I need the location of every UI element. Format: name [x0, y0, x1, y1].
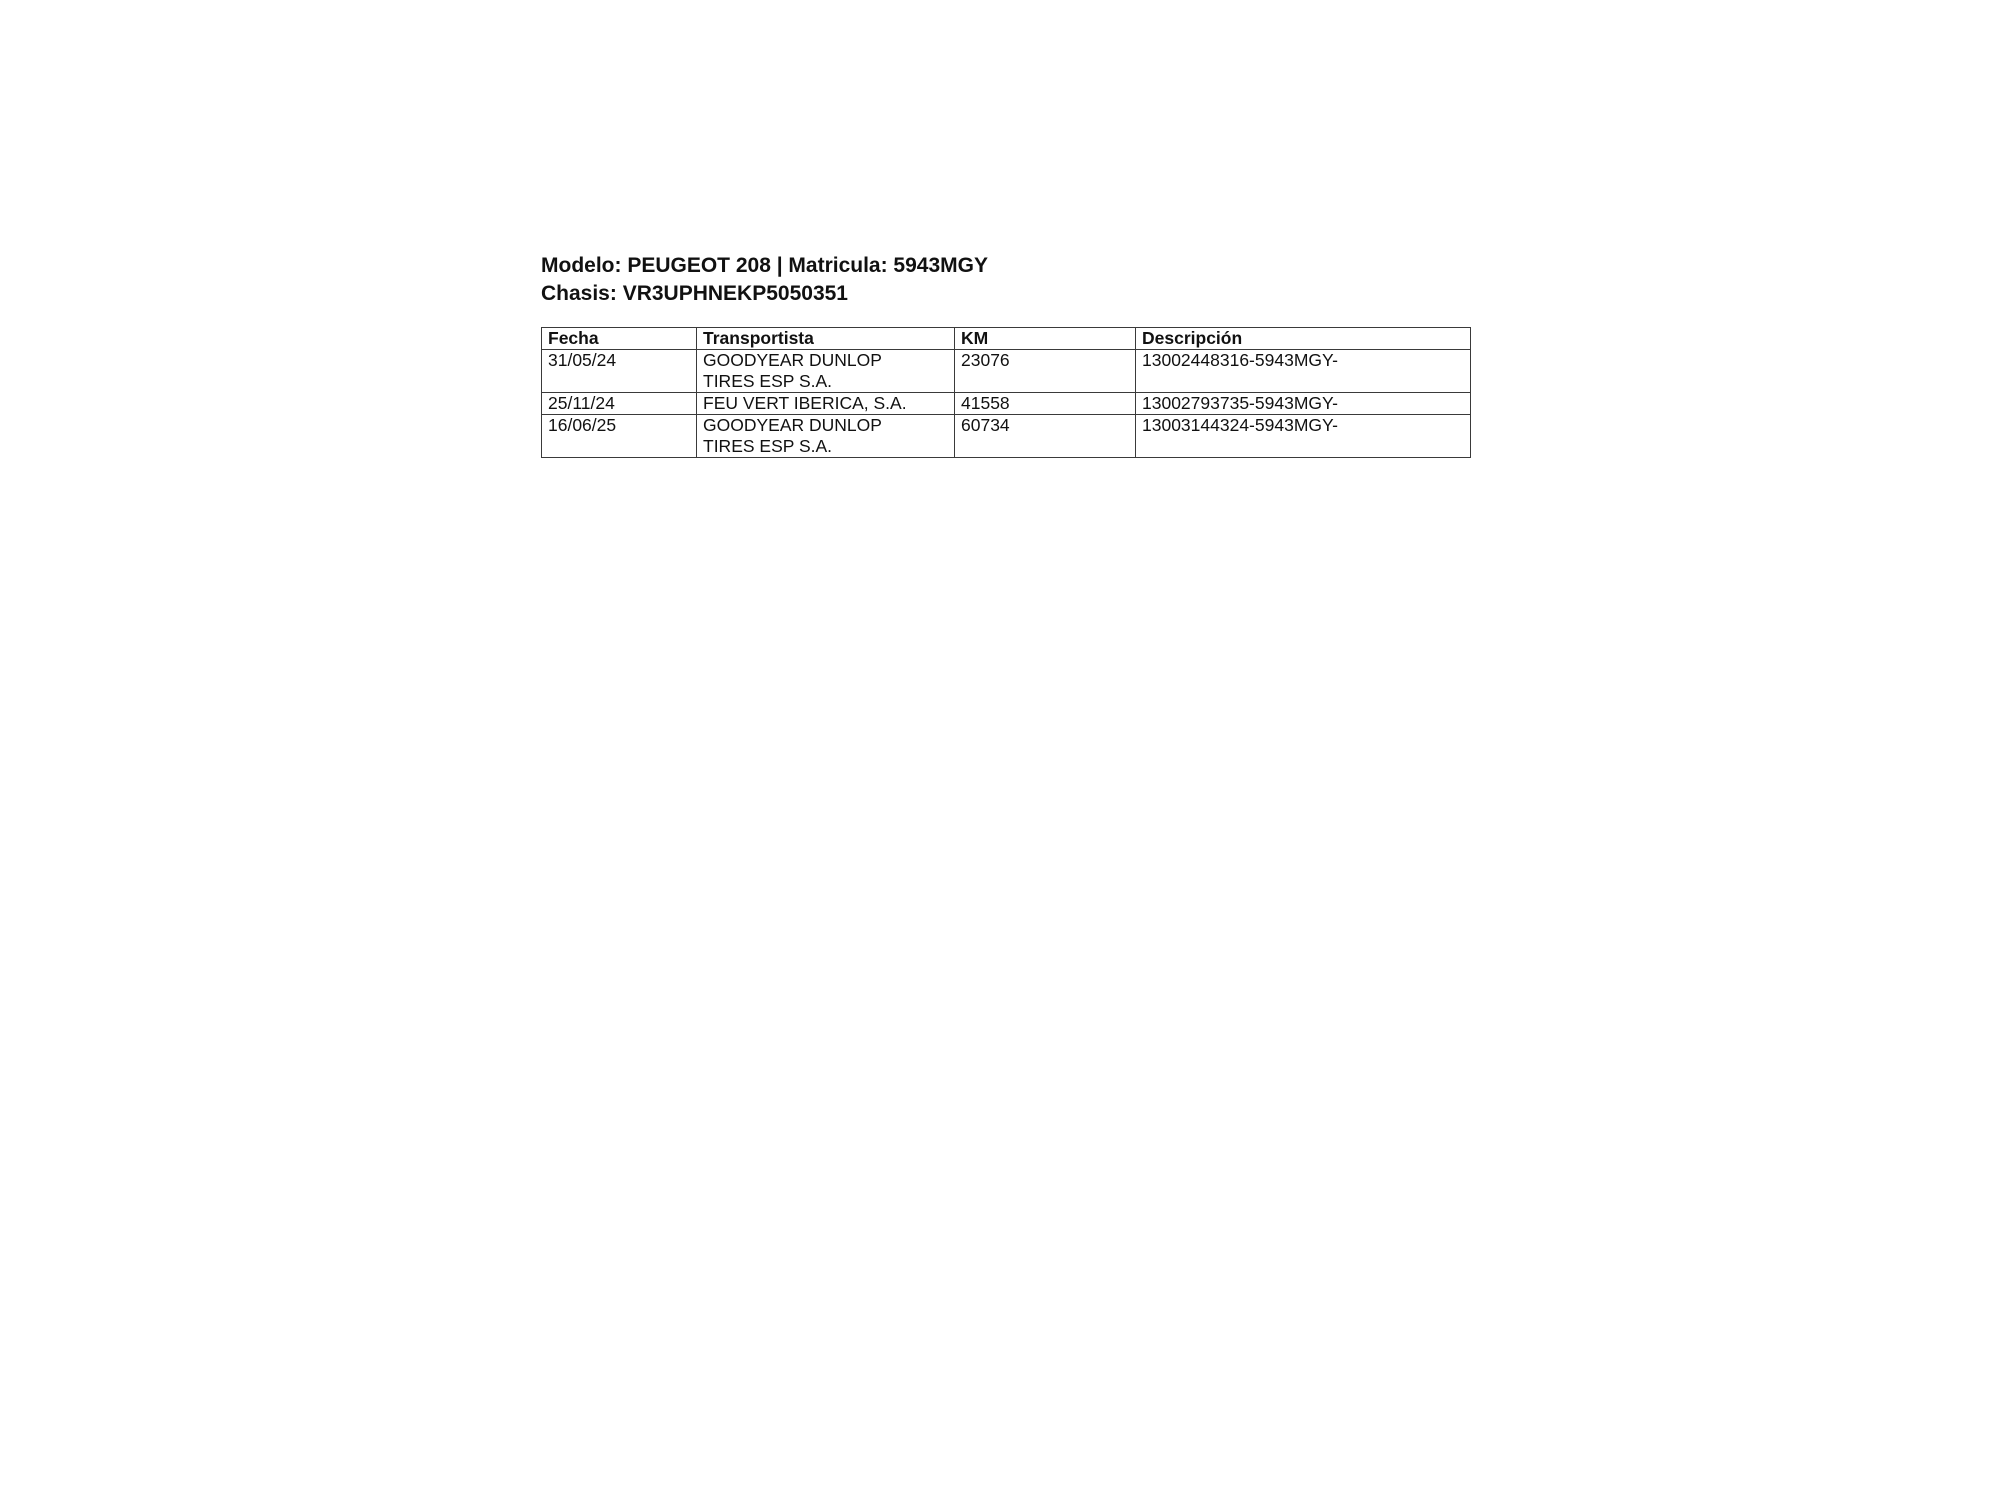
transportista-text: GOODYEAR DUNLOP TIRES ESP S.A.	[703, 350, 893, 392]
cell-descripcion: 13002448316-5943MGY-	[1136, 350, 1471, 393]
cell-descripcion: 13003144324-5943MGY-	[1136, 415, 1471, 458]
table-row: 16/06/25 GOODYEAR DUNLOP TIRES ESP S.A. …	[542, 415, 1471, 458]
cell-descripcion: 13002793735-5943MGY-	[1136, 393, 1471, 415]
column-header-fecha: Fecha	[542, 328, 697, 350]
service-records-table: Fecha Transportista KM Descripción 31/05…	[541, 327, 1471, 458]
column-header-transportista: Transportista	[697, 328, 955, 350]
cell-transportista: GOODYEAR DUNLOP TIRES ESP S.A.	[697, 350, 955, 393]
vehicle-model-plate: Modelo: PEUGEOT 208 | Matricula: 5943MGY	[541, 252, 988, 280]
cell-km: 60734	[955, 415, 1136, 458]
table-row: 25/11/24 FEU VERT IBERICA, S.A. 41558 13…	[542, 393, 1471, 415]
transportista-text: FEU VERT IBERICA, S.A.	[703, 393, 948, 414]
cell-transportista: GOODYEAR DUNLOP TIRES ESP S.A.	[697, 415, 955, 458]
cell-fecha: 16/06/25	[542, 415, 697, 458]
table-header-row: Fecha Transportista KM Descripción	[542, 328, 1471, 350]
cell-km: 41558	[955, 393, 1136, 415]
transportista-text: GOODYEAR DUNLOP TIRES ESP S.A.	[703, 415, 893, 457]
table-row: 31/05/24 GOODYEAR DUNLOP TIRES ESP S.A. …	[542, 350, 1471, 393]
cell-fecha: 25/11/24	[542, 393, 697, 415]
column-header-km: KM	[955, 328, 1136, 350]
cell-km: 23076	[955, 350, 1136, 393]
cell-transportista: FEU VERT IBERICA, S.A.	[697, 393, 955, 415]
document-header: Modelo: PEUGEOT 208 | Matricula: 5943MGY…	[541, 252, 988, 308]
vehicle-chassis: Chasis: VR3UPHNEKP5050351	[541, 280, 988, 308]
column-header-descripcion: Descripción	[1136, 328, 1471, 350]
cell-fecha: 31/05/24	[542, 350, 697, 393]
